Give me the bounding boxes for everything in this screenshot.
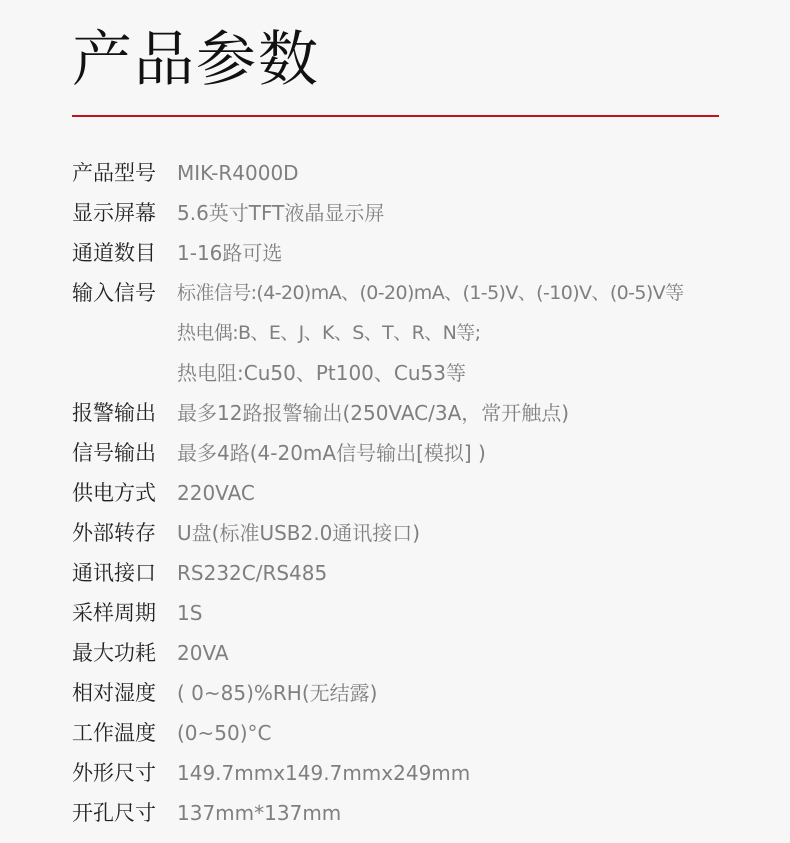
spec-value: 220VAC [177,473,752,513]
spec-row-dimensions: 外形尺寸 149.7mmx149.7mmx249mm [72,753,752,793]
spec-value: MIK-R4000D [177,153,752,193]
spec-label: 采样周期 [72,593,177,633]
spec-label: 外形尺寸 [72,753,177,793]
spec-label: 相对湿度 [72,673,177,713]
spec-label: 通道数目 [72,233,177,273]
spec-label: 最大功耗 [72,633,177,673]
spec-label: 输入信号 [72,273,177,313]
spec-row-model: 产品型号 MIK-R4000D [72,153,752,193]
spec-value: 20VA [177,633,752,673]
spec-label: 产品型号 [72,153,177,193]
spec-value-thermocouple: 热电偶:B、E、J、K、S、T、R、N等; [177,313,752,353]
spec-value: 最多12路报警输出(250VAC/3A，常开触点) [177,393,752,433]
spec-label: 开孔尺寸 [72,793,177,833]
spec-row-external-storage: 外部转存 U盘(标准USB2.0通讯接口) [72,513,752,553]
spec-label: 信号输出 [72,433,177,473]
spec-row-humidity: 相对湿度 ( 0~85)%RH(无结露) [72,673,752,713]
spec-row-operating-temp: 工作温度 (0~50)°C [72,713,752,753]
spec-value: 137mm*137mm [177,793,752,833]
spec-label: 外部转存 [72,513,177,553]
spec-value: 1S [177,593,752,633]
spec-value-rtd: 热电阻:Cu50、Pt100、Cu53等 [177,353,752,393]
spec-row-alarm-output: 报警输出 最多12路报警输出(250VAC/3A，常开触点) [72,393,752,433]
spec-row-power-supply: 供电方式 220VAC [72,473,752,513]
spec-value-standard-signal: 标准信号:(4-20)mA、(0-20)mA、(1-5)V、(-10)V、(0-… [177,273,752,313]
spec-value: ( 0~85)%RH(无结露) [177,673,752,713]
spec-label: 显示屏幕 [72,193,177,233]
spec-row-channels: 通道数目 1-16路可选 [72,233,752,273]
spec-label: 报警输出 [72,393,177,433]
page-title: 产品参数 [72,22,320,98]
spec-list: 产品型号 MIK-R4000D 显示屏幕 5.6英寸TFT液晶显示屏 通道数目 … [72,153,752,833]
spec-value: RS232C/RS485 [177,553,752,593]
spec-value: U盘(标准USB2.0通讯接口) [177,513,752,553]
spec-label: 通讯接口 [72,553,177,593]
title-divider [72,115,719,117]
spec-row-max-power: 最大功耗 20VA [72,633,752,673]
spec-label: 供电方式 [72,473,177,513]
spec-value: 最多4路(4-20mA信号输出[模拟] ) [177,433,752,473]
spec-row-sampling-period: 采样周期 1S [72,593,752,633]
spec-row-comm-interface: 通讯接口 RS232C/RS485 [72,553,752,593]
spec-row-input-signal: 输入信号 标准信号:(4-20)mA、(0-20)mA、(1-5)V、(-10)… [72,273,752,393]
spec-value: 1-16路可选 [177,233,752,273]
spec-value: 5.6英寸TFT液晶显示屏 [177,193,752,233]
spec-label: 工作温度 [72,713,177,753]
spec-value: 149.7mmx149.7mmx249mm [177,753,752,793]
spec-row-signal-output: 信号输出 最多4路(4-20mA信号输出[模拟] ) [72,433,752,473]
spec-value: (0~50)°C [177,713,752,753]
spec-row-display: 显示屏幕 5.6英寸TFT液晶显示屏 [72,193,752,233]
spec-row-cutout-size: 开孔尺寸 137mm*137mm [72,793,752,833]
